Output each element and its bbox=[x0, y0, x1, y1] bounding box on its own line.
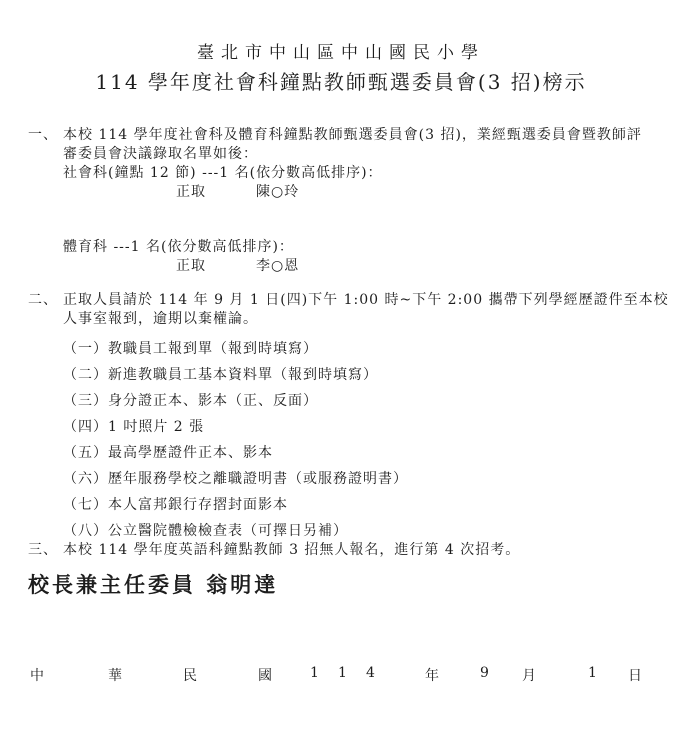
date-year-digit: 1 bbox=[310, 665, 319, 681]
date-char: 月 bbox=[522, 665, 536, 685]
date-year-digit: 4 bbox=[366, 665, 375, 681]
date-char: 華 bbox=[108, 665, 122, 685]
date-char: 國 bbox=[258, 665, 272, 685]
list-item: （三）身分證正本、影本（正、反面） bbox=[63, 388, 672, 414]
section-1-line-2: 審委員會決議錄取名單如後： bbox=[63, 145, 672, 164]
date-day-digit: 1 bbox=[588, 665, 597, 681]
date-month-digit: 9 bbox=[480, 665, 489, 681]
announcement-document: 臺北市中山區中山國民小學 114 學年度社會科鐘點教師甄選委員會(3 招)榜示 … bbox=[0, 0, 682, 731]
date-char: 年 bbox=[425, 665, 439, 685]
social-result-row: 正取陳○玲 bbox=[63, 183, 672, 202]
section-2-marker: 二、 bbox=[28, 291, 58, 310]
date-char: 日 bbox=[628, 665, 642, 685]
signature-line: 校長兼主任委員 翁明達 bbox=[28, 569, 278, 599]
announcement-title: 114 學年度社會科鐘點教師甄選委員會(3 招)榜示 bbox=[0, 66, 682, 95]
list-item: （六）歷年服務學校之離職證明書（或服務證明書） bbox=[63, 466, 672, 492]
section-3-marker: 三、 bbox=[28, 541, 58, 560]
section-2: 二、 正取人員請於 114 年 9 月 1 日(四)下午 1:00 時~下午 2… bbox=[28, 291, 672, 544]
section-1: 一、 本校 114 學年度社會科及體育科鐘點教師甄選委員會(3 招)，業經甄選委… bbox=[28, 126, 672, 276]
date-year-digit: 1 bbox=[338, 665, 347, 681]
section-2-line-1: 正取人員請於 114 年 9 月 1 日(四)下午 1:00 時~下午 2:00… bbox=[63, 291, 672, 310]
date-char: 中 bbox=[30, 665, 44, 685]
section-3: 三、 本校 114 學年度英語科鐘點教師 3 招無人報名，進行第 4 次招考。 bbox=[28, 541, 672, 560]
list-item: （四）1 吋照片 2 張 bbox=[63, 414, 672, 440]
list-item: （一）教職員工報到單（報到時填寫） bbox=[63, 336, 672, 362]
list-item: （七）本人富邦銀行存摺封面影本 bbox=[63, 492, 672, 518]
social-result-name: 陳○玲 bbox=[256, 184, 299, 200]
section-1-marker: 一、 bbox=[28, 126, 58, 145]
school-name: 臺北市中山區中山國民小學 bbox=[0, 38, 682, 63]
pe-result-name: 李○恩 bbox=[256, 258, 299, 274]
section-2-line-2: 人事室報到，逾期以棄權論。 bbox=[63, 310, 672, 329]
section-3-text: 本校 114 學年度英語科鐘點教師 3 招無人報名，進行第 4 次招考。 bbox=[63, 541, 672, 560]
list-item: （二）新進教職員工基本資料單（報到時填寫） bbox=[63, 362, 672, 388]
social-subject-line: 社會科(鐘點 12 節) ---1 名(依分數高低排序)： bbox=[63, 164, 672, 183]
pe-subject-line: 體育科 ---1 名(依分數高低排序)： bbox=[63, 238, 672, 257]
social-result-label: 正取 bbox=[176, 184, 206, 200]
required-documents-list: （一）教職員工報到單（報到時填寫） （二）新進教職員工基本資料單（報到時填寫） … bbox=[63, 336, 672, 544]
date-char: 民 bbox=[183, 665, 197, 685]
pe-result-label: 正取 bbox=[176, 258, 206, 274]
list-item: （五）最高學歷證件正本、影本 bbox=[63, 440, 672, 466]
section-1-line-1: 本校 114 學年度社會科及體育科鐘點教師甄選委員會(3 招)，業經甄選委員會暨… bbox=[63, 126, 672, 145]
pe-result-row: 正取李○恩 bbox=[63, 257, 672, 276]
date-line: 中 華 民 國 1 1 4 年 9 月 1 日 bbox=[0, 665, 682, 685]
